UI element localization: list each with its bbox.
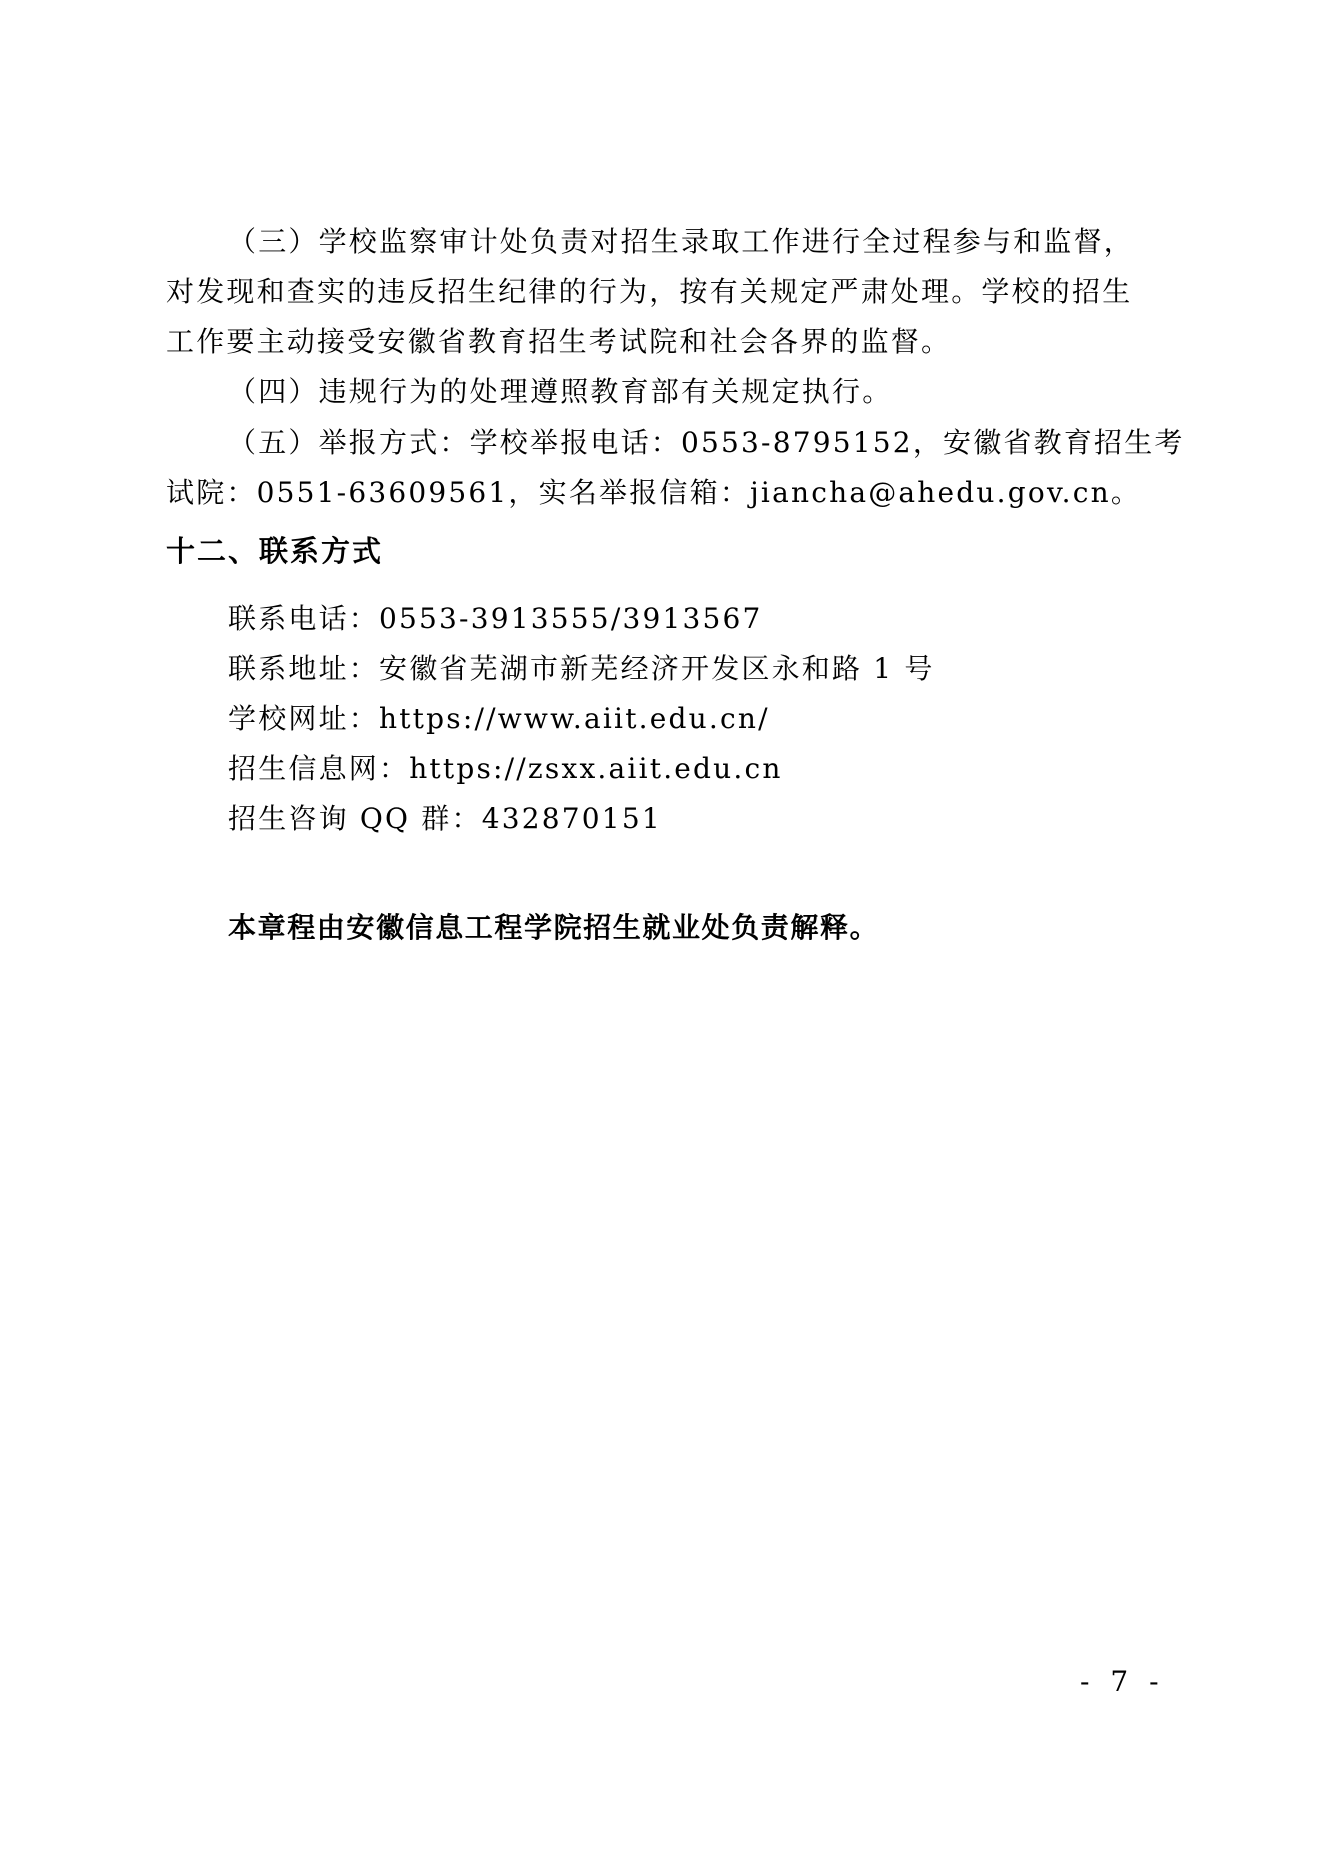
paragraph-line: （四）违规行为的处理遵照教育部有关规定执行。 — [228, 372, 892, 412]
page-number: - 7 - — [1080, 1662, 1165, 1702]
paragraph-line: （五）举报方式：学校举报电话：0553-8795152，安徽省教育招生考 — [228, 423, 1185, 463]
paragraph-line: 对发现和查实的违反招生纪律的行为，按有关规定严肃处理。学校的招生 — [166, 272, 1132, 312]
contact-phone: 联系电话：0553-3913555/3913567 — [228, 599, 763, 639]
document-page: （三）学校监察审计处负责对招生录取工作进行全过程参与和监督， 对发现和查实的违反… — [0, 0, 1323, 1871]
contact-address: 联系地址：安徽省芜湖市新芜经济开发区永和路 1 号 — [228, 649, 935, 689]
paragraph-line: 试院：0551-63609561，实名举报信箱：jiancha@ahedu.go… — [166, 473, 1141, 513]
closing-statement: 本章程由安徽信息工程学院招生就业处负责解释。 — [228, 908, 879, 948]
contact-admissions-site: 招生信息网：https://zsxx.aiit.edu.cn — [228, 749, 783, 789]
paragraph-line: （三）学校监察审计处负责对招生录取工作进行全过程参与和监督， — [228, 222, 1134, 262]
contact-qq-group: 招生咨询 QQ 群：432870151 — [228, 799, 662, 839]
section-heading: 十二、联系方式 — [166, 531, 383, 571]
contact-website: 学校网址：https://www.aiit.edu.cn/ — [228, 699, 770, 739]
paragraph-line: 工作要主动接受安徽省教育招生考试院和社会各界的监督。 — [166, 322, 951, 362]
